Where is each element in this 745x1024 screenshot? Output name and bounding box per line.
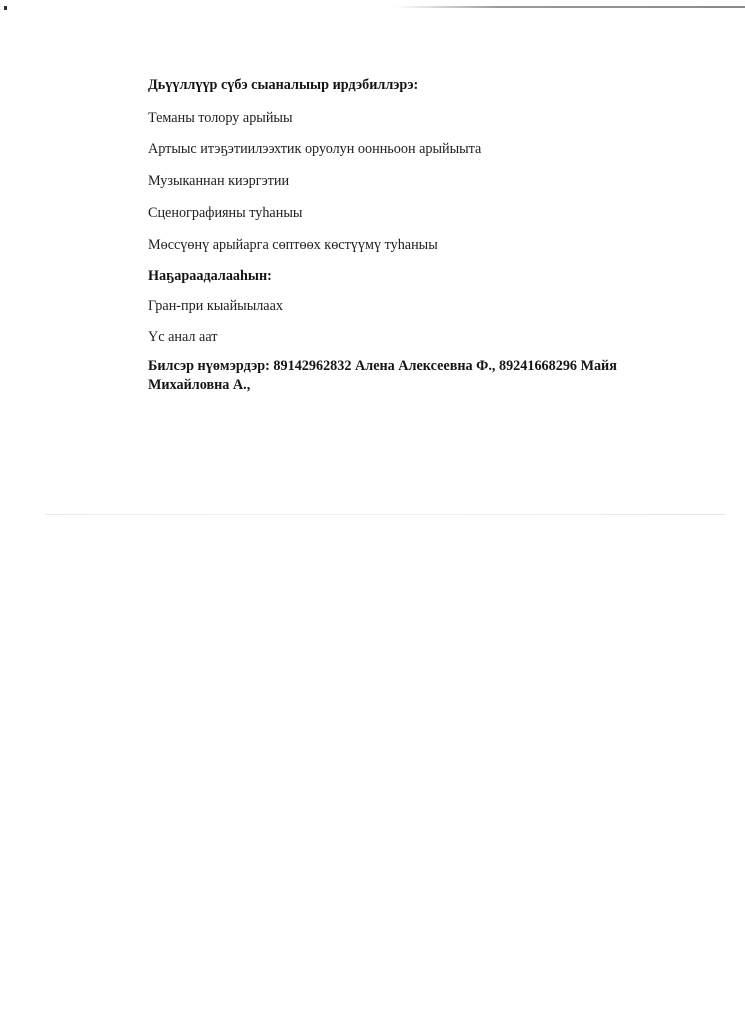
criteria-item: Музыканнан киэргэтии [148,172,289,190]
scan-artifact-line [45,514,725,515]
criteria-item: Теманы толору арыйыы [148,109,293,127]
awards-heading: Наҕараадалааһын: [148,267,272,285]
award-item: Гран-при кыайыылаах [148,297,283,315]
scanned-page: Дьүүллүүр сүбэ сыаналыыр ирдэбиллэрэ: Те… [0,0,745,1024]
criteria-item: Мөссүөнү арыйарга сөптөөх көстүүмү туһан… [148,236,438,254]
award-item: Үс анал аат [148,328,217,346]
scan-artifact-line [395,6,745,8]
criteria-item: Артыыс итэҕэтиилээхтик оруолун оонньоон … [148,140,481,158]
contact-info: Билсэр нүөмэрдэр: 89142962832 Алена Алек… [148,357,648,395]
criteria-item: Сценографияны туһаныы [148,204,302,222]
scan-artifact [4,6,7,10]
criteria-heading: Дьүүллүүр сүбэ сыаналыыр ирдэбиллэрэ: [148,76,418,94]
